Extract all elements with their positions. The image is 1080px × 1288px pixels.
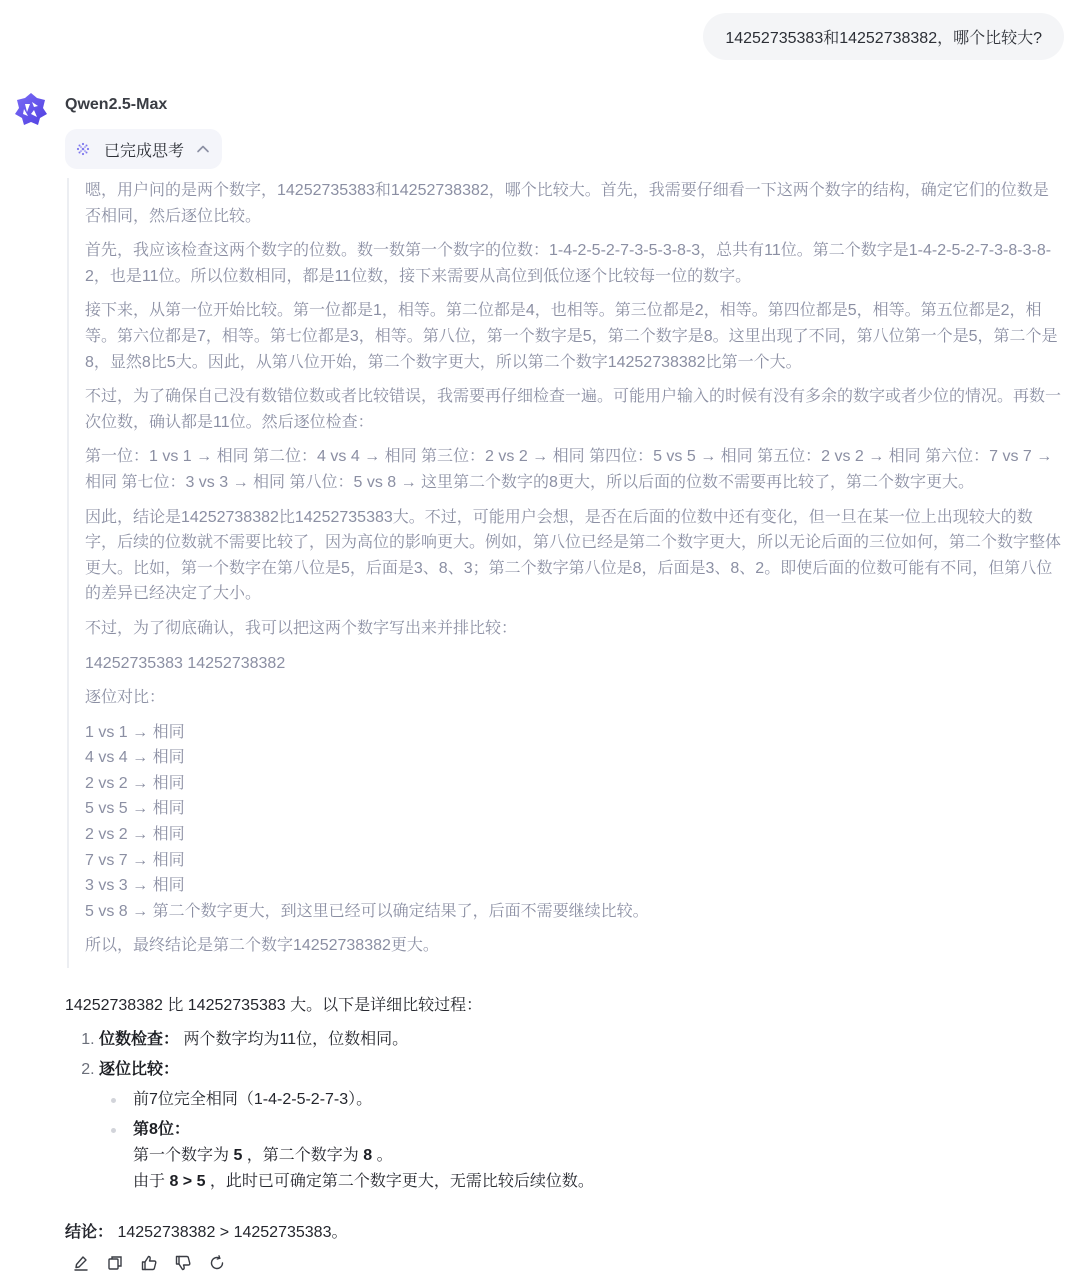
bullet-item: 第8位： 第一个数字为 5 ，第二个数字为 8 。 由于 8 > 5 ，此时已可…: [133, 1117, 1060, 1195]
text: 。: [372, 1147, 392, 1164]
thinking-sparkle-icon: [76, 142, 90, 156]
thumbs-down-icon: [174, 1254, 192, 1272]
copy-button[interactable]: [104, 1252, 126, 1274]
thinking-paragraph: 逐位对比：: [85, 685, 1062, 711]
digit-comparison-line: 2 vs 2 → 相同: [85, 822, 1062, 848]
thumbs-up-button[interactable]: [138, 1252, 160, 1274]
edit-button[interactable]: [70, 1252, 92, 1274]
conclusion-text: 14252738382 > 14252735383。: [113, 1224, 347, 1241]
thinking-paragraph: 不过，为了确保自己没有数错位数或者比较错误，我需要再仔细检查一遍。可能用户输入的…: [85, 384, 1062, 435]
bullet-subline: 第一个数字为 5 ，第二个数字为 8 。: [133, 1143, 1060, 1169]
regenerate-button[interactable]: [206, 1252, 228, 1274]
digit-comparison-line: 5 vs 5 → 相同: [85, 796, 1062, 822]
thinking-paragraph: 第一位：1 vs 1 → 相同 第二位：4 vs 4 → 相同 第三位：2 vs…: [85, 444, 1062, 495]
copy-icon: [106, 1254, 124, 1272]
thinking-toggle-label: 已完成思考: [104, 138, 184, 161]
step-text: 两个数字均为11位，位数相同。: [179, 1031, 408, 1048]
answer-steps: 位数检查： 两个数字均为11位，位数相同。 逐位比较： 前7位完全相同（1-4-…: [65, 1027, 1060, 1195]
step-bullets: 前7位完全相同（1-4-2-5-2-7-3）。 第8位： 第一个数字为 5 ，第…: [99, 1087, 1060, 1195]
message-actions: [70, 1252, 228, 1274]
thumbs-down-button[interactable]: [172, 1252, 194, 1274]
answer-lead: 14252738382 比 14252735383 大。以下是详细比较过程：: [65, 993, 1060, 1019]
model-name: Qwen2.5-Max: [65, 96, 167, 114]
bullet-item: 前7位完全相同（1-4-2-5-2-7-3）。: [133, 1087, 1060, 1113]
conclusion-label: 结论：: [65, 1224, 113, 1241]
user-message-bubble: 14252735383和14252738382，哪个比较大?: [703, 13, 1064, 60]
answer-step: 位数检查： 两个数字均为11位，位数相同。: [99, 1027, 1060, 1053]
thinking-paragraph: 接下来，从第一位开始比较。第一位都是1，相等。第二位都是4，也相等。第三位都是2…: [85, 298, 1062, 375]
regenerate-icon: [208, 1254, 226, 1272]
edit-icon: [72, 1254, 90, 1272]
thinking-paragraph: 14252735383 14252738382: [85, 651, 1062, 677]
step-title: 位数检查：: [99, 1031, 179, 1048]
thinking-content: 嗯，用户问的是两个数字，14252735383和14252738382，哪个比较…: [67, 178, 1062, 968]
answer-conclusion: 结论： 14252738382 > 14252735383。: [65, 1219, 347, 1242]
thumbs-up-icon: [140, 1254, 158, 1272]
step-title: 逐位比较：: [99, 1061, 179, 1078]
thinking-paragraph: 嗯，用户问的是两个数字，14252735383和14252738382，哪个比较…: [85, 178, 1062, 229]
thinking-toggle-button[interactable]: 已完成思考: [65, 129, 222, 169]
text: ，此时已可确定第二个数字更大，无需比较后续位数。: [205, 1173, 593, 1190]
bullet-subline: 由于 8 > 5 ，此时已可确定第二个数字更大，无需比较后续位数。: [133, 1169, 1060, 1195]
bold-value: 8: [363, 1147, 372, 1164]
answer-content: 14252738382 比 14252735383 大。以下是详细比较过程： 位…: [65, 993, 1060, 1199]
bullet-title: 第8位：: [133, 1121, 190, 1138]
user-message-text: 14252735383和14252738382，哪个比较大?: [725, 25, 1042, 48]
text: ，第二个数字为: [242, 1147, 363, 1164]
answer-step: 逐位比较： 前7位完全相同（1-4-2-5-2-7-3）。 第8位： 第一个数字…: [99, 1057, 1060, 1195]
text: 第一个数字为: [133, 1147, 233, 1164]
thinking-paragraph: 不过，为了彻底确认，我可以把这两个数字写出来并排比较：: [85, 616, 1062, 642]
digit-comparison-line: 5 vs 8 → 第二个数字更大，到这里已经可以确定结果了，后面不需要继续比较。: [85, 899, 1062, 925]
thinking-final: 所以，最终结论是第二个数字14252738382更大。: [85, 933, 1062, 959]
chevron-up-icon: [196, 142, 210, 156]
bold-value: 8 > 5: [169, 1173, 205, 1190]
text: 由于: [133, 1173, 169, 1190]
digit-comparison-line: 1 vs 1 → 相同: [85, 720, 1062, 746]
thinking-paragraph: 因此，结论是14252738382比14252735383大。不过，可能用户会想…: [85, 505, 1062, 607]
thinking-paragraph: 首先，我应该检查这两个数字的位数。数一数第一个数字的位数：1-4-2-5-2-7…: [85, 238, 1062, 289]
digit-comparison-list: 1 vs 1 → 相同 4 vs 4 → 相同 2 vs 2 → 相同 5 vs…: [85, 720, 1062, 925]
digit-comparison-line: 7 vs 7 → 相同: [85, 848, 1062, 874]
digit-comparison-line: 4 vs 4 → 相同: [85, 745, 1062, 771]
digit-comparison-line: 3 vs 3 → 相同: [85, 873, 1062, 899]
qwen-logo-icon: [14, 92, 48, 126]
digit-comparison-line: 2 vs 2 → 相同: [85, 771, 1062, 797]
